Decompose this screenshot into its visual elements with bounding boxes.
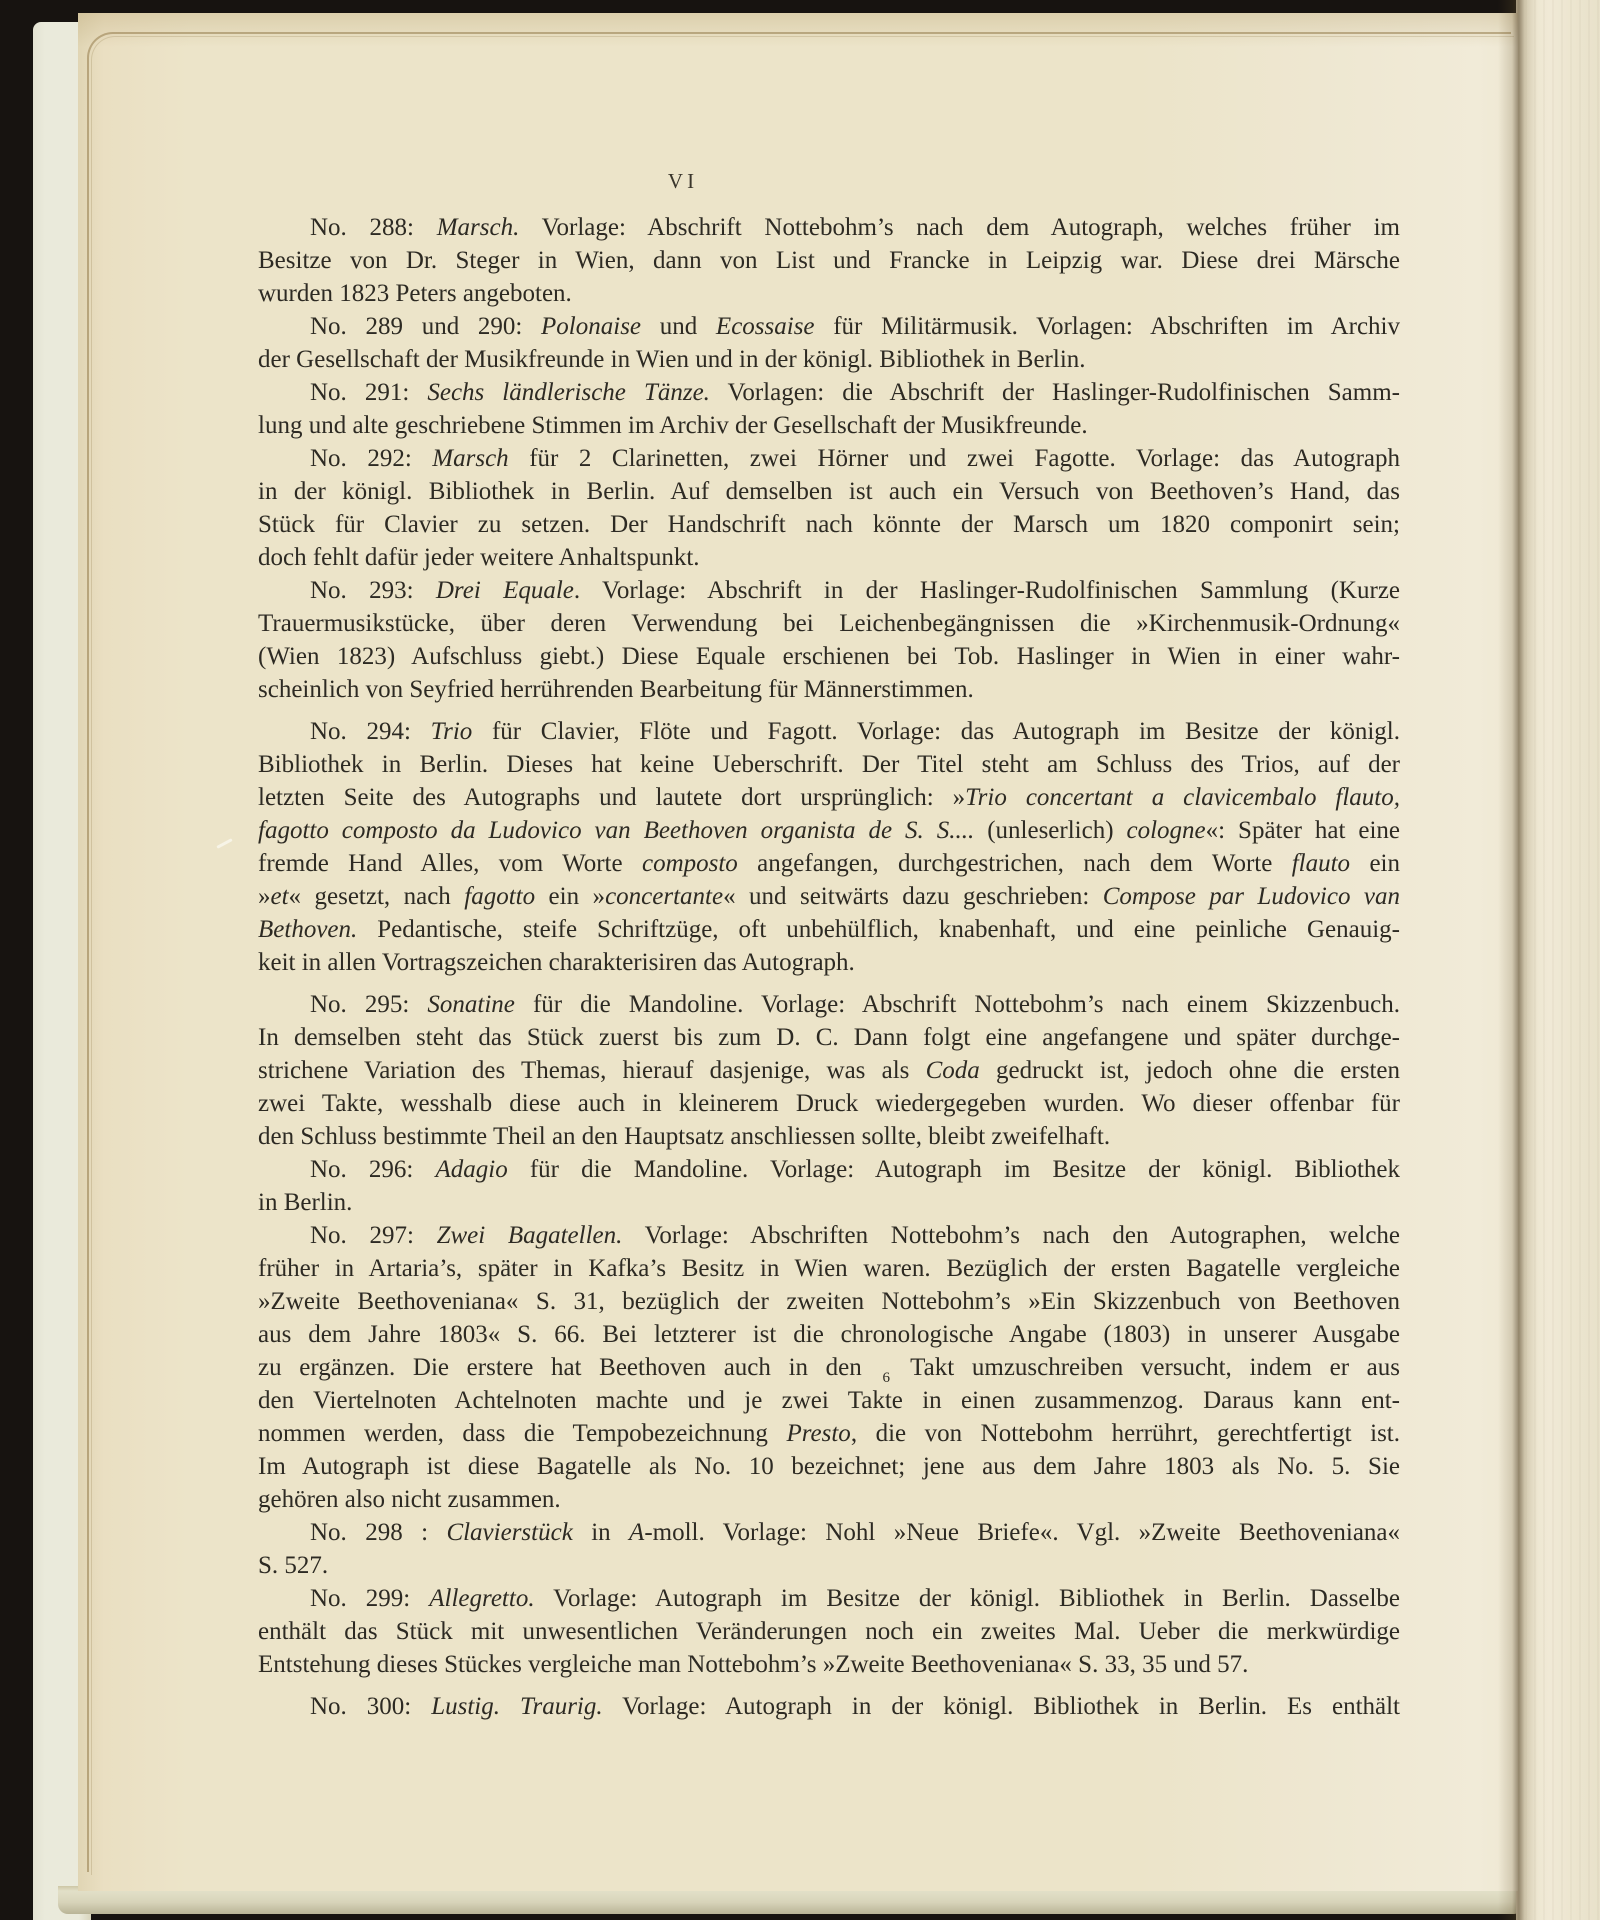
text-line: Bibliothek in Berlin. Dieses hat keine U… xyxy=(258,748,1400,781)
text-line: No. 298 : Clavierstück in A-moll. Vorlag… xyxy=(258,1516,1400,1549)
italic-text: Compose par Ludovico van xyxy=(1103,883,1400,910)
text-line: früher in Artaria’s, später in Kafka’s B… xyxy=(258,1252,1400,1285)
text-line: letzten Seite des Autographs und lautete… xyxy=(258,781,1400,814)
italic-text: Marsch xyxy=(432,445,508,472)
text-line: (Wien 1823) Aufschluss giebt.) Diese Equ… xyxy=(258,640,1400,673)
paragraph: No. 296: Adagio für die Mandoline. Vorla… xyxy=(258,1153,1400,1219)
paragraph: No. 295: Sonatine für die Mandoline. Vor… xyxy=(258,988,1400,1153)
paragraph: No. 292: Marsch für 2 Clarinetten, zwei … xyxy=(258,442,1400,574)
text-line: doch fehlt dafür jeder weitere Anhaltspu… xyxy=(258,541,1400,574)
italic-text: Sonatine xyxy=(427,991,515,1018)
text-line: aus dem Jahre 1803« S. 66. Bei letzterer… xyxy=(258,1318,1400,1351)
text-line: No. 289 und 290: Polonaise und Ecossaise… xyxy=(258,310,1400,343)
text-line: in der königl. Bibliothek in Berlin. Auf… xyxy=(258,475,1400,508)
text-line: den Schluss bestimmte Theil an den Haupt… xyxy=(258,1120,1400,1153)
text-line: No. 294: Trio für Clavier, Flöte und Fag… xyxy=(258,715,1400,748)
paragraph: No. 298 : Clavierstück in A-moll. Vorlag… xyxy=(258,1516,1400,1582)
text-line: S. 527. xyxy=(258,1549,1400,1582)
text-line: No. 300: Lustig. Traurig. Vorlage: Autog… xyxy=(258,1690,1400,1723)
paragraph: No. 289 und 290: Polonaise und Ecossaise… xyxy=(258,310,1400,376)
paragraph: No. 294: Trio für Clavier, Flöte und Fag… xyxy=(258,715,1400,979)
text-line: Besitze von Dr. Steger in Wien, dann von… xyxy=(258,244,1400,277)
italic-text: Polonaise xyxy=(541,313,641,340)
italic-text: A xyxy=(629,1519,644,1546)
book-scan: VI No. 288: Marsch. Vorlage: Abschrift N… xyxy=(0,0,1600,1920)
text-line: zu ergänzen. Die erstere hat Beethoven a… xyxy=(258,1351,1400,1384)
italic-text: Clavierstück xyxy=(446,1519,572,1546)
italic-text: Presto xyxy=(786,1420,850,1447)
text-line: gehören also nicht zusammen. xyxy=(258,1483,1400,1516)
text-line: No. 296: Adagio für die Mandoline. Vorla… xyxy=(258,1153,1400,1186)
text-line: nommen werden, dass die Tempobezeichnung… xyxy=(258,1417,1400,1450)
paragraph: No. 293: Drei Equale. Vorlage: Abschrift… xyxy=(258,574,1400,706)
italic-text: concertante xyxy=(605,883,723,910)
italic-text: Trio concertant a clavicembalo flauto, xyxy=(965,784,1400,811)
italic-text: Coda xyxy=(926,1057,980,1084)
text-line: No. 288: Marsch. Vorlage: Abschrift Nott… xyxy=(258,211,1400,244)
text-line: No. 299: Allegretto. Vorlage: Autograph … xyxy=(258,1582,1400,1615)
italic-text: Marsch. xyxy=(437,214,520,241)
italic-text: Adagio xyxy=(435,1156,507,1183)
text-line: Bethoven. Pedantische, steife Schriftzüg… xyxy=(258,913,1400,946)
text-line: Trauermusikstücke, über deren Verwendung… xyxy=(258,607,1400,640)
italic-text: Lustig. Traurig. xyxy=(431,1693,602,1720)
book-page: VI No. 288: Marsch. Vorlage: Abschrift N… xyxy=(78,13,1518,1891)
italic-text: Sechs ländlerische Tänze. xyxy=(427,379,710,406)
text-line: »Zweite Beethoveniana« S. 31, bezüglich … xyxy=(258,1285,1400,1318)
italic-text: composto xyxy=(642,850,738,877)
paragraph: No. 297: Zwei Bagatellen. Vorlage: Absch… xyxy=(258,1219,1400,1516)
text-line: keit in allen Vortragszeichen charakteri… xyxy=(258,946,1400,979)
paragraph: No. 291: Sechs ländlerische Tänze. Vorla… xyxy=(258,376,1400,442)
italic-text: Allegretto. xyxy=(429,1585,534,1612)
text-line: Im Autograph ist diese Bagatelle als No.… xyxy=(258,1450,1400,1483)
text-line: wurden 1823 Peters angeboten. xyxy=(258,277,1400,310)
italic-text: fagotto xyxy=(464,883,535,910)
text-line: No. 292: Marsch für 2 Clarinetten, zwei … xyxy=(258,442,1400,475)
text-line: »et« gesetzt, nach fagotto ein »concerta… xyxy=(258,880,1400,913)
italic-text: Ecossaise xyxy=(716,313,815,340)
text-line: den Viertelnoten Achtelnoten machte und … xyxy=(258,1384,1400,1417)
text-line: No. 293: Drei Equale. Vorlage: Abschrift… xyxy=(258,574,1400,607)
italic-text: Trio xyxy=(431,718,473,745)
text-line: der Gesellschaft der Musikfreunde in Wie… xyxy=(258,343,1400,376)
italic-text: fagotto composto da Ludovico van Beethov… xyxy=(258,817,974,844)
italic-text: Zwei Bagatellen. xyxy=(437,1222,623,1249)
next-page-edge xyxy=(1516,0,1600,1920)
italic-text: Drei Equale xyxy=(436,577,574,604)
time-signature-fraction: 68 xyxy=(882,1372,890,1384)
text-line: fagotto composto da Ludovico van Beethov… xyxy=(258,814,1400,847)
paragraph: No. 288: Marsch. Vorlage: Abschrift Nott… xyxy=(258,211,1400,310)
italic-text: flauto xyxy=(1292,850,1350,877)
text-line: lung und alte geschriebene Stimmen im Ar… xyxy=(258,409,1400,442)
paper-scratch-mark xyxy=(216,838,232,849)
text-line: No. 291: Sechs ländlerische Tänze. Vorla… xyxy=(258,376,1400,409)
text-line: fremde Hand Alles, vom Worte composto an… xyxy=(258,847,1400,880)
italic-text: et xyxy=(271,883,289,910)
page-number: VI xyxy=(78,169,1288,194)
text-line: strichene Variation des Themas, hierauf … xyxy=(258,1054,1400,1087)
paragraph: No. 299: Allegretto. Vorlage: Autograph … xyxy=(258,1582,1400,1681)
italic-text: Bethoven. xyxy=(258,916,357,943)
text-block: No. 288: Marsch. Vorlage: Abschrift Nott… xyxy=(258,211,1400,1723)
text-line: Entstehung dieses Stückes vergleiche man… xyxy=(258,1648,1400,1681)
text-line: enthält das Stück mit unwesentlichen Ver… xyxy=(258,1615,1400,1648)
paragraph: No. 300: Lustig. Traurig. Vorlage: Autog… xyxy=(258,1690,1400,1723)
text-line: scheinlich von Seyfried herrührenden Bea… xyxy=(258,673,1400,706)
text-line: No. 295: Sonatine für die Mandoline. Vor… xyxy=(258,988,1400,1021)
text-line: zwei Takte, wesshalb diese auch in klein… xyxy=(258,1087,1400,1120)
text-line: Stück für Clavier zu setzen. Der Handsch… xyxy=(258,508,1400,541)
text-line: No. 297: Zwei Bagatellen. Vorlage: Absch… xyxy=(258,1219,1400,1252)
text-line: in Berlin. xyxy=(258,1186,1400,1219)
italic-text: cologne xyxy=(1127,817,1206,844)
text-line: In demselben steht das Stück zuerst bis … xyxy=(258,1021,1400,1054)
